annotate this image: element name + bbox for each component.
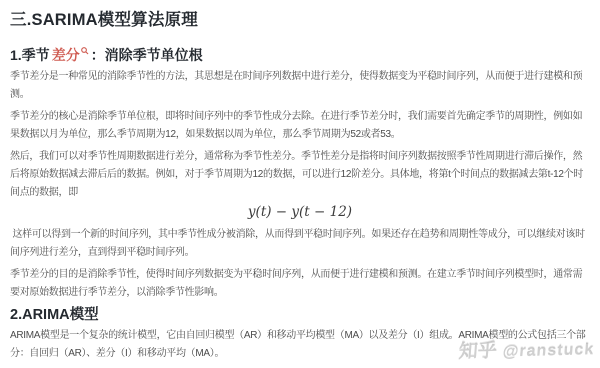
paragraph-seasonal-diff-purpose: 季节差分的目的是消除季节性，使得时间序列数据变为平稳时间序列，从而便于进行建模和…: [10, 266, 590, 302]
formula-seasonal-difference: y(t) − y(t − 12): [10, 202, 590, 222]
search-link-label: 差分: [52, 47, 80, 63]
paragraph-seasonal-diff-method: 然后，我们可以对季节性周期数据进行差分，通常称为季节性差分。季节性差分是指将时间…: [10, 148, 590, 202]
article-content: 三.SARIMA模型算法原理 1.季节差分：消除季节单位根 季节差分是一种常见的…: [0, 0, 600, 368]
paragraph-stationary-series: 这样可以得到一个新的时间序列，其中季节性成分被消除，从而得到平稳时间序列。如果还…: [10, 226, 590, 262]
heading-seasonal-diff-suffix: ：消除季节单位根: [91, 47, 203, 63]
heading-seasonal-diff: 1.季节差分：消除季节单位根: [10, 41, 590, 64]
seasonal-diff-search-link[interactable]: 差分: [52, 47, 89, 63]
search-icon: [81, 41, 89, 59]
heading-arima: 2.ARIMA模型: [10, 306, 590, 324]
heading-seasonal-diff-prefix: 1.季节: [10, 47, 50, 63]
paragraph-arima-intro: ARIMA模型是一个复杂的统计模型，它由自回归模型（AR）和移动平均模型（MA）…: [10, 327, 590, 363]
paragraph-seasonal-unit-root: 季节差分的核心是消除季节单位根，即将时间序列中的季节性成分去除。在进行季节差分时…: [10, 108, 590, 144]
paragraph-seasonal-diff-intro: 季节差分是一种常见的消除季节性的方法，其思想是在时间序列数据中进行差分，使得数据…: [10, 68, 590, 104]
heading-sarima: 三.SARIMA模型算法原理: [10, 10, 590, 30]
